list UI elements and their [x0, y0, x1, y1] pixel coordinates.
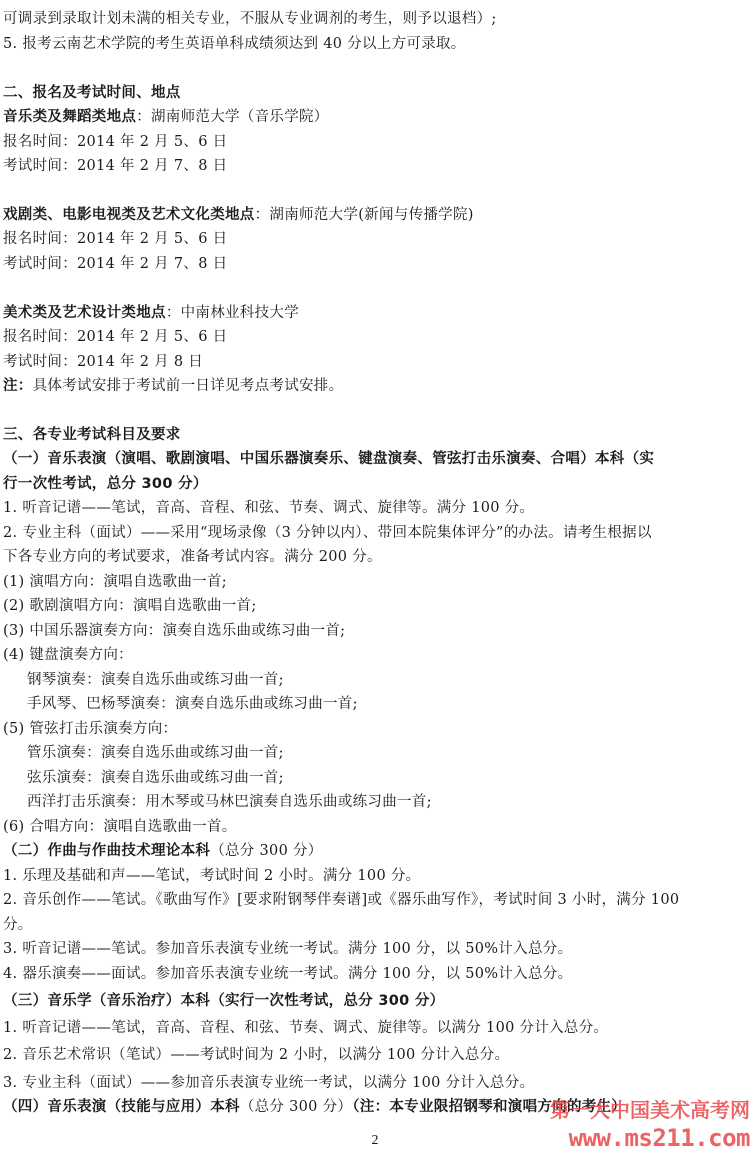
document-line: 报名时间：2014 年 2 月 5、6 日 — [3, 132, 227, 152]
body-text: ：湖南师范大学(新闻与传播学院) — [255, 207, 474, 223]
document-line: 考试时间：2014 年 2 月 8 日 — [3, 352, 203, 372]
document-line: 2. 音乐艺术常识（笔试）——考试时间为 2 小时，以满分 100 分计入总分。 — [3, 1045, 509, 1065]
document-line: 行一次性考试，总分 300 分） — [3, 474, 208, 494]
bold-text: 美术类及艺术设计类地点 — [3, 305, 166, 321]
document-line: 三、各专业考试科目及要求 — [3, 425, 181, 445]
document-line: (1) 演唱方向：演唱自选歌曲一首; — [3, 572, 227, 592]
document-line: (2) 歌剧演唱方向：演唱自选歌曲一首; — [3, 596, 257, 616]
body-text: 可调录到录取计划未满的相关专业，不服从专业调剂的考生，则予以退档）; — [3, 11, 497, 27]
body-text: 管乐演奏：演奏自选乐曲或练习曲一首; — [27, 745, 284, 761]
body-text: (1) 演唱方向：演唱自选歌曲一首; — [3, 574, 227, 590]
body-text: 3. 专业主科（面试）——参加音乐表演专业统一考试，以满分 100 分计入总分。 — [3, 1075, 534, 1091]
body-text: ：中南林业科技大学 — [166, 305, 299, 321]
body-text: 考试时间：2014 年 2 月 7、8 日 — [3, 256, 227, 272]
document-line: 下各专业方向的考试要求，准备考试内容。满分 200 分。 — [3, 547, 382, 567]
document-line: 分。 — [3, 915, 33, 935]
body-text: 钢琴演奏：演奏自选乐曲或练习曲一首; — [27, 672, 284, 688]
document-line: 可调录到录取计划未满的相关专业，不服从专业调剂的考生，则予以退档）; — [3, 9, 497, 29]
document-line: 注：具体考试安排于考试前一日详见考点考试安排。 — [3, 376, 343, 396]
body-text: 考试时间：2014 年 2 月 8 日 — [3, 354, 203, 370]
bold-text: 戏剧类、电影电视类及艺术文化类地点 — [3, 207, 255, 223]
body-text: 弦乐演奏：演奏自选乐曲或练习曲一首; — [27, 770, 284, 786]
document-line: 管乐演奏：演奏自选乐曲或练习曲一首; — [27, 743, 284, 763]
body-text: 具体考试安排于考试前一日详见考点考试安排。 — [33, 378, 344, 394]
document-line: 5. 报考云南艺术学院的考生英语单科成绩须达到 40 分以上方可录取。 — [3, 34, 466, 54]
document-line: 二、报名及考试时间、地点 — [3, 83, 181, 103]
body-text: 手风琴、巴杨琴演奏：演奏自选乐曲或练习曲一首; — [27, 696, 358, 712]
bold-text: 三、各专业考试科目及要求 — [3, 427, 181, 443]
body-text: (3) 中国乐器演奏方向：演奏自选乐曲或练习曲一首; — [3, 623, 345, 639]
document-line: (6) 合唱方向：演唱自选歌曲一首。 — [3, 817, 237, 837]
body-text: 报名时间：2014 年 2 月 5、6 日 — [3, 134, 227, 150]
bold-text: （二）作曲与作曲技术理论本科 — [3, 843, 210, 859]
body-text: （总分 300 分） — [210, 843, 322, 859]
document-line: 手风琴、巴杨琴演奏：演奏自选乐曲或练习曲一首; — [27, 694, 358, 714]
body-text: 3. 听音记谱——笔试。参加音乐表演专业统一考试。满分 100 分，以 50%计… — [3, 941, 572, 957]
body-text: (2) 歌剧演唱方向：演唱自选歌曲一首; — [3, 598, 257, 614]
body-text: 4. 器乐演奏——面试。参加音乐表演专业统一考试。满分 100 分，以 50%计… — [3, 966, 572, 982]
document-line: 考试时间：2014 年 2 月 7、8 日 — [3, 254, 227, 274]
document-line: (4) 键盘演奏方向： — [3, 645, 133, 665]
body-text: 考试时间：2014 年 2 月 7、8 日 — [3, 158, 227, 174]
body-text: 分。 — [3, 917, 33, 933]
document-line: 弦乐演奏：演奏自选乐曲或练习曲一首; — [27, 768, 284, 788]
document-line: 1. 乐理及基础和声——笔试，考试时间 2 小时。满分 100 分。 — [3, 866, 420, 886]
body-text: 西洋打击乐演奏：用木琴或马林巴演奏自选乐曲或练习曲一首; — [27, 794, 432, 810]
document-line: 4. 器乐演奏——面试。参加音乐表演专业统一考试。满分 100 分，以 50%计… — [3, 964, 572, 984]
bold-text: 注： — [3, 378, 33, 394]
body-text: 5. 报考云南艺术学院的考生英语单科成绩须达到 40 分以上方可录取。 — [3, 36, 466, 52]
watermark-url: www.ms211.com — [548, 1123, 750, 1153]
body-text: 2. 专业主科（面试）——采用“现场录像（3 分钟以内）、带回本院集体评分”的办… — [3, 525, 652, 541]
document-line: 1. 听音记谱——笔试，音高、音程、和弦、节奏、调式、旋律等。以满分 100 分… — [3, 1018, 608, 1038]
bold-text: 音乐类及舞蹈类地点 — [3, 109, 136, 125]
document-line: 1. 听音记谱——笔试，音高、音程、和弦、节奏、调式、旋律等。满分 100 分。 — [3, 498, 534, 518]
body-text: 2. 音乐艺术常识（笔试）——考试时间为 2 小时，以满分 100 分计入总分。 — [3, 1047, 509, 1063]
bold-text: （四）音乐表演（技能与应用）本科 — [3, 1099, 240, 1115]
document-line: 2. 专业主科（面试）——采用“现场录像（3 分钟以内）、带回本院集体评分”的办… — [3, 523, 652, 543]
document-line: (3) 中国乐器演奏方向：演奏自选乐曲或练习曲一首; — [3, 621, 345, 641]
watermark-site-name: 第一大中国美术高考网 — [548, 1097, 750, 1123]
bold-text: （一）音乐表演（演唱、歌剧演唱、中国乐器演奏乐、键盘演奏、管弦打击乐演奏、合唱）… — [3, 451, 654, 467]
document-line: （三）音乐学（音乐治疗）本科（实行一次性考试，总分 300 分） — [3, 991, 444, 1011]
body-text: (5) 管弦打击乐演奏方向： — [3, 721, 177, 737]
body-text: (6) 合唱方向：演唱自选歌曲一首。 — [3, 819, 237, 835]
body-text: 报名时间：2014 年 2 月 5、6 日 — [3, 231, 227, 247]
bold-text: （三）音乐学（音乐治疗）本科（实行一次性考试，总分 300 分） — [3, 993, 444, 1009]
body-text: 1. 乐理及基础和声——笔试，考试时间 2 小时。满分 100 分。 — [3, 868, 420, 884]
body-text: 2. 音乐创作——笔试。《歌曲写作》[要求附钢琴伴奏谱]或《器乐曲写作》，考试时… — [3, 892, 679, 908]
document-line: （四）音乐表演（技能与应用）本科（总分 300 分）（注：本专业限招钢琴和演唱方… — [3, 1097, 626, 1117]
bold-text: 二、报名及考试时间、地点 — [3, 85, 181, 101]
document-line: 美术类及艺术设计类地点：中南林业科技大学 — [3, 303, 299, 323]
body-text: ：湖南师范大学（音乐学院） — [136, 109, 328, 125]
body-text: 下各专业方向的考试要求，准备考试内容。满分 200 分。 — [3, 549, 382, 565]
document-line: 报名时间：2014 年 2 月 5、6 日 — [3, 229, 227, 249]
document-line: 西洋打击乐演奏：用木琴或马林巴演奏自选乐曲或练习曲一首; — [27, 792, 432, 812]
document-line: 考试时间：2014 年 2 月 7、8 日 — [3, 156, 227, 176]
body-text: (4) 键盘演奏方向： — [3, 647, 133, 663]
document-line: （二）作曲与作曲技术理论本科（总分 300 分） — [3, 841, 323, 861]
document-line: 音乐类及舞蹈类地点：湖南师范大学（音乐学院） — [3, 107, 329, 127]
document-line: 戏剧类、电影电视类及艺术文化类地点：湖南师范大学(新闻与传播学院) — [3, 205, 474, 225]
document-line: 3. 专业主科（面试）——参加音乐表演专业统一考试，以满分 100 分计入总分。 — [3, 1073, 534, 1093]
body-text: （总分 300 分） — [240, 1099, 352, 1115]
body-text: 1. 听音记谱——笔试，音高、音程、和弦、节奏、调式、旋律等。满分 100 分。 — [3, 500, 534, 516]
body-text: 1. 听音记谱——笔试，音高、音程、和弦、节奏、调式、旋律等。以满分 100 分… — [3, 1020, 608, 1036]
document-line: 报名时间：2014 年 2 月 5、6 日 — [3, 327, 227, 347]
document-line: 3. 听音记谱——笔试。参加音乐表演专业统一考试。满分 100 分，以 50%计… — [3, 939, 572, 959]
document-line: 钢琴演奏：演奏自选乐曲或练习曲一首; — [27, 670, 284, 690]
document-line: 2. 音乐创作——笔试。《歌曲写作》[要求附钢琴伴奏谱]或《器乐曲写作》，考试时… — [3, 890, 679, 910]
document-line: （一）音乐表演（演唱、歌剧演唱、中国乐器演奏乐、键盘演奏、管弦打击乐演奏、合唱）… — [3, 449, 654, 469]
document-line: (5) 管弦打击乐演奏方向： — [3, 719, 177, 739]
site-watermark: 第一大中国美术高考网 www.ms211.com — [548, 1097, 750, 1153]
bold-text: 行一次性考试，总分 300 分） — [3, 476, 208, 492]
body-text: 报名时间：2014 年 2 月 5、6 日 — [3, 329, 227, 345]
